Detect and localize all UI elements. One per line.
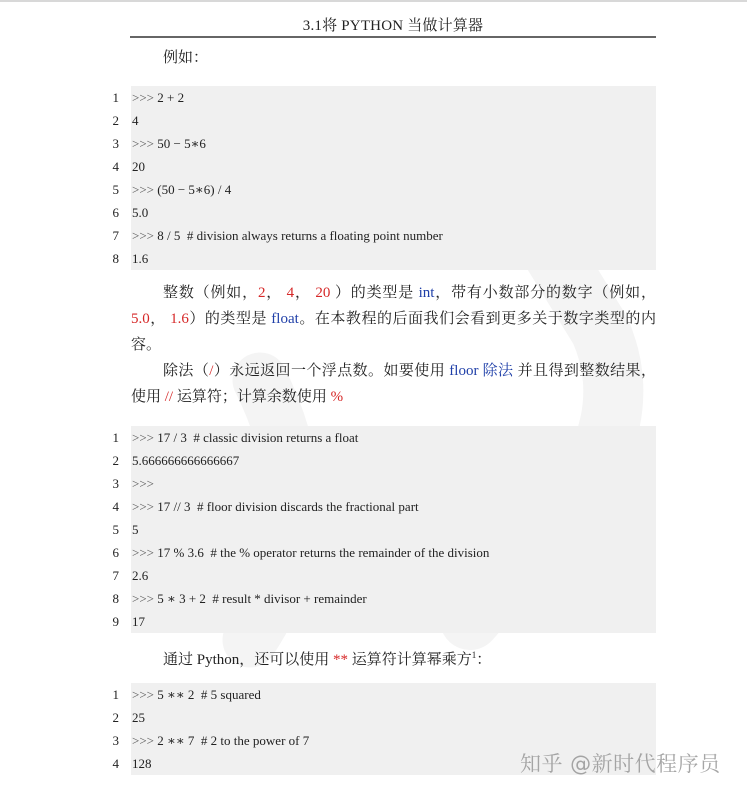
text: ）的类型是 — [189, 311, 271, 327]
top-border — [0, 0, 747, 2]
line-number: 1 — [107, 86, 119, 109]
prompt: >>> — [132, 136, 157, 151]
line-number: 6 — [107, 541, 119, 564]
operator-double-slash: // — [165, 389, 173, 405]
text: 运算符；计算余数使用 — [173, 389, 331, 405]
header-rule — [130, 36, 656, 38]
code-line: 72.6 — [131, 564, 656, 587]
line-number: 2 — [107, 706, 119, 729]
line-number: 5 — [107, 518, 119, 541]
text: ， — [265, 285, 286, 301]
prompt: >>> — [132, 228, 157, 243]
line-number: 4 — [107, 155, 119, 178]
text: ）的类型是 — [330, 285, 418, 301]
code-text: 5.0 — [132, 205, 148, 220]
code-text: 128 — [132, 756, 152, 771]
type-keyword-int: int — [419, 285, 435, 301]
line-number: 9 — [107, 610, 119, 633]
prompt: >>> — [132, 499, 157, 514]
prompt: >>> — [132, 476, 154, 491]
line-number: 4 — [107, 495, 119, 518]
text: ， — [150, 311, 170, 327]
code-text: 2.6 — [132, 568, 148, 583]
paragraph-division: 除法（/）永远返回一个浮点数。如要使用 floor 除法 并且得到整数结果，使用… — [131, 358, 656, 410]
code-line: 25.666666666666667 — [131, 449, 656, 472]
intro-text: 例如： — [131, 45, 656, 71]
code-line: 24 — [131, 109, 656, 132]
code-block-1: 1>>> 2 + 2 24 3>>> 50 − 5∗6 420 5>>> (50… — [131, 86, 656, 270]
code-line: 8>>> 5 ∗ 3 + 2 # result * divisor + rema… — [131, 587, 656, 610]
code-text: 25 — [132, 710, 145, 725]
text: 除法（ — [163, 363, 209, 379]
line-number: 6 — [107, 201, 119, 224]
line-number: 8 — [107, 247, 119, 270]
code-line: 7>>> 8 / 5 # division always returns a f… — [131, 224, 656, 247]
prompt: >>> — [132, 430, 157, 445]
code-text: 50 − 5∗6 — [157, 136, 206, 151]
prompt: >>> — [132, 545, 157, 560]
code-line: 1>>> 2 + 2 — [131, 86, 656, 109]
code-text: 2 + 2 — [157, 90, 184, 105]
number-literal: 20 — [315, 285, 330, 301]
code-text: 20 — [132, 159, 145, 174]
code-line: 4>>> 17 // 3 # floor division discards t… — [131, 495, 656, 518]
floor-division-term: floor 除法 — [449, 363, 513, 379]
paragraph-number-types: 整数（例如，2， 4， 20 ）的类型是 int，带有小数部分的数字（例如，5.… — [131, 280, 656, 358]
code-text: 5 ∗∗ 2 # 5 squared — [157, 687, 261, 702]
text: 通过 Python，还可以使用 — [163, 652, 333, 668]
prompt: >>> — [132, 90, 157, 105]
code-text: 17 // 3 # floor division discards the fr… — [157, 499, 418, 514]
code-line: 81.6 — [131, 247, 656, 270]
code-text: 5 ∗ 3 + 2 # result * divisor + remainder — [157, 591, 366, 606]
code-line: 55 — [131, 518, 656, 541]
code-line: 6>>> 17 % 3.6 # the % operator returns t… — [131, 541, 656, 564]
code-text: (50 − 5∗6) / 4 — [157, 182, 231, 197]
code-text: 5.666666666666667 — [132, 453, 239, 468]
operator-power: ** — [333, 652, 348, 668]
code-line: 3>>> 50 − 5∗6 — [131, 132, 656, 155]
line-number: 7 — [107, 224, 119, 247]
code-text: 17 / 3 # classic division returns a floa… — [157, 430, 358, 445]
prompt: >>> — [132, 687, 157, 702]
code-line: 65.0 — [131, 201, 656, 224]
line-number: 5 — [107, 178, 119, 201]
code-line: 917 — [131, 610, 656, 633]
line-number: 3 — [107, 729, 119, 752]
line-number: 7 — [107, 564, 119, 587]
line-number: 2 — [107, 449, 119, 472]
code-line: 1>>> 5 ∗∗ 2 # 5 squared — [131, 683, 656, 706]
code-text: 5 — [132, 522, 139, 537]
line-number: 1 — [107, 426, 119, 449]
prompt: >>> — [132, 733, 157, 748]
code-line: 5>>> (50 − 5∗6) / 4 — [131, 178, 656, 201]
line-number: 3 — [107, 472, 119, 495]
text: 运算符计算幂乘方 — [348, 652, 472, 668]
code-text: 4 — [132, 113, 139, 128]
prompt: >>> — [132, 591, 157, 606]
text: ，带有小数部分的数字（例如， — [434, 285, 656, 301]
text: 整数（例如， — [163, 285, 258, 301]
line-number: 2 — [107, 109, 119, 132]
code-line: 225 — [131, 706, 656, 729]
code-block-2: 1>>> 17 / 3 # classic division returns a… — [131, 426, 656, 633]
number-literal: 1.6 — [170, 311, 189, 327]
number-literal: 5.0 — [131, 311, 150, 327]
line-number: 3 — [107, 132, 119, 155]
text: ， — [294, 285, 315, 301]
code-text: 8 / 5 # division always returns a floati… — [157, 228, 443, 243]
line-number: 1 — [107, 683, 119, 706]
line-number: 8 — [107, 587, 119, 610]
text: ： — [476, 652, 491, 668]
code-text: 2 ∗∗ 7 # 2 to the power of 7 — [157, 733, 309, 748]
zhihu-watermark: 知乎 @新时代程序员 — [520, 748, 721, 778]
text: ）永远返回一个浮点数。如要使用 — [213, 363, 449, 379]
code-line: 1>>> 17 / 3 # classic division returns a… — [131, 426, 656, 449]
line-number: 4 — [107, 752, 119, 775]
prompt: >>> — [132, 182, 157, 197]
code-line: 3>>> — [131, 472, 656, 495]
type-keyword-float: float — [271, 311, 299, 327]
code-text: 17 — [132, 614, 145, 629]
code-text: 1.6 — [132, 251, 148, 266]
paragraph-power: 通过 Python，还可以使用 ** 运算符计算幂乘方1： — [131, 642, 656, 673]
page-header-title: 3.1将 PYTHON 当做计算器 — [130, 14, 656, 35]
code-line: 420 — [131, 155, 656, 178]
code-text: 17 % 3.6 # the % operator returns the re… — [157, 545, 489, 560]
operator-percent: % — [331, 389, 344, 405]
